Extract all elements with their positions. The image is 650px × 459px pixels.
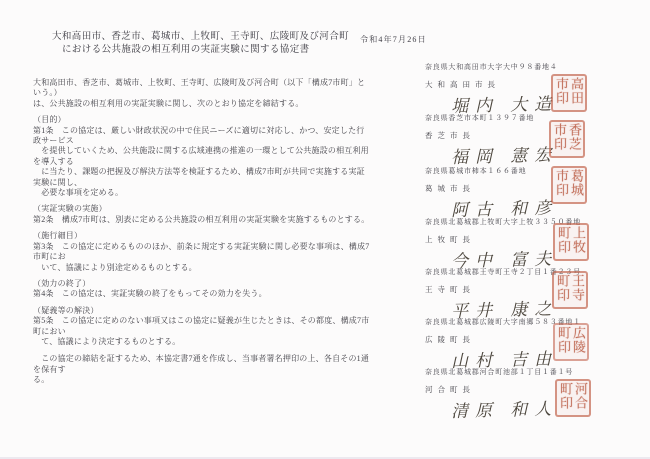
signature-handwritten: 福岡 憲宏: [451, 138, 641, 168]
seal-text: 広陵町印: [556, 326, 586, 358]
article-1-line: に当たり、課題の把握及び解決方法等を検証するため、構成7市町が共同で実施する実証…: [33, 167, 371, 188]
seal-text: 香芝市印: [552, 123, 582, 155]
article-2-line: 第2条 構成7市町は、別表に定める公共施設の相互利用の実証実験を実施するものとす…: [33, 215, 371, 225]
seal-text: 高田市印: [554, 77, 584, 109]
section-heading-experiment: （実証実験の実施）: [33, 204, 371, 214]
signatory-address: 奈良県香芝市本町１３９７番地: [425, 113, 640, 123]
article-3-line: 第3条 この協定に定めるもののほか、前条に規定する実証実験に関し必要な事項は、構…: [33, 242, 371, 263]
intro-line: 大和高田市、香芝市、葛城市、上牧町、王寺町、広陵町及び河合町（以下「構成7市町」…: [33, 78, 371, 99]
title-line-1: 大和高田市、香芝市、葛城市、上牧町、王寺町、広陵町及び河合町: [52, 31, 372, 44]
official-seal: 広陵町印: [553, 323, 589, 361]
article-5-line: て、協議により決定するものとする。: [33, 337, 371, 347]
article-5-line: 第5条 この協定に定めのない事項又はこの協定に疑義が生じたときは、その都度、構成…: [33, 316, 371, 337]
document-date: 令和4年7月26日: [360, 34, 427, 45]
section-heading-details: （施行細目）: [33, 231, 371, 241]
seal-text: 王寺町印: [555, 274, 585, 306]
signature-column: 奈良県大和高田市大字大中９８番地４ 大和高田市長 堀内 大造 高田市印 奈良県香…: [425, 58, 640, 453]
section-heading-disputes: （疑義等の解決）: [33, 306, 371, 316]
official-seal: 王寺町印: [552, 271, 588, 309]
signatory-address: 奈良県北葛城郡王寺町王寺２丁目１番２３号: [425, 267, 640, 277]
signatory-block-kashiba: 奈良県香芝市本町１３９７番地 香芝市長 福岡 憲宏 香芝市印: [425, 113, 640, 163]
signatory-block-oji: 奈良県北葛城郡王寺町王寺２丁目１番２３号 王寺町長 平井 康之 王寺町印: [425, 267, 640, 317]
title-line-2: における公共施設の相互利用の実証実験に関する協定書: [52, 44, 372, 57]
signatory-block-koryo: 奈良県北葛城郡広陵町大字南郷５８３番地１ 広陵町長 山村 吉由 広陵町印: [425, 317, 640, 367]
article-1-line: 必要な事項を定める。: [33, 188, 371, 198]
article-1-line: を提供していくため、公共施設に関する広域連携の推進の一環として公共施設の相互利用…: [33, 146, 371, 167]
seal-text: 河合町印: [558, 382, 588, 414]
signatory-address: 奈良県北葛城郡上牧町大字上牧３３５０番地: [425, 217, 640, 227]
article-3-line: いて、協議により別途定めるものとする。: [33, 263, 371, 273]
signatory-block-kanmaki: 奈良県北葛城郡上牧町大字上牧３３５０番地 上牧町長 今中 富夫 上牧町印: [425, 217, 640, 267]
article-1-line: 第1条 この協定は、厳しい財政状況の中で住民ニーズに適切に対応し、かつ、安定した…: [33, 126, 371, 147]
scanned-agreement-document: 大和高田市、香芝市、葛城市、上牧町、王寺町、広陵町及び河合町 における公共施設の…: [0, 0, 650, 459]
closing-line: この協定の締結を証するため、本協定書7通を作成し、当事者署名押印の上、各自その1…: [33, 354, 371, 375]
official-seal: 河合町印: [555, 379, 591, 417]
seal-text: 葛城市印: [554, 169, 584, 201]
article-4-line: 第4条 この協定は、実証実験の終了をもってその効力を失う。: [33, 289, 371, 299]
section-heading-purpose: （目的）: [33, 115, 371, 125]
official-seal: 葛城市印: [551, 166, 587, 204]
official-seal: 上牧町印: [553, 223, 589, 261]
signatory-address: 奈良県北葛城郡河合町池部１丁目１番１号: [425, 367, 640, 377]
signatory-block-katsuragi: 奈良県葛城市柿本１６６番地 葛城市長 阿古 和彦 葛城市印: [425, 166, 640, 216]
seal-text: 上牧町印: [556, 226, 586, 258]
signatory-address: 奈良県北葛城郡広陵町大字南郷５８３番地１: [425, 317, 640, 327]
section-heading-termination: （効力の終了）: [33, 279, 371, 289]
closing-line: る。: [33, 375, 371, 385]
signatory-block-yamatotakada: 奈良県大和高田市大字大中９８番地４ 大和高田市長 堀内 大造 高田市印: [425, 62, 640, 112]
official-seal: 香芝市印: [549, 120, 585, 158]
intro-line: は、公共施設の相互利用の実証実験に関し、次のとおり協定を締結する。: [33, 99, 371, 109]
signatory-address: 奈良県葛城市柿本１６６番地: [425, 166, 640, 176]
signatory-block-kawai: 奈良県北葛城郡河合町池部１丁目１番１号 河合町長 清原 和人 河合町印: [425, 367, 640, 417]
agreement-body: 大和高田市、香芝市、葛城市、上牧町、王寺町、広陵町及び河合町（以下「構成7市町」…: [33, 78, 371, 386]
document-title: 大和高田市、香芝市、葛城市、上牧町、王寺町、広陵町及び河合町 における公共施設の…: [52, 31, 372, 57]
official-seal: 高田市印: [551, 74, 587, 112]
signatory-address: 奈良県大和高田市大字大中９８番地４: [425, 62, 640, 72]
signature-handwritten: 清原 和人: [451, 392, 641, 422]
